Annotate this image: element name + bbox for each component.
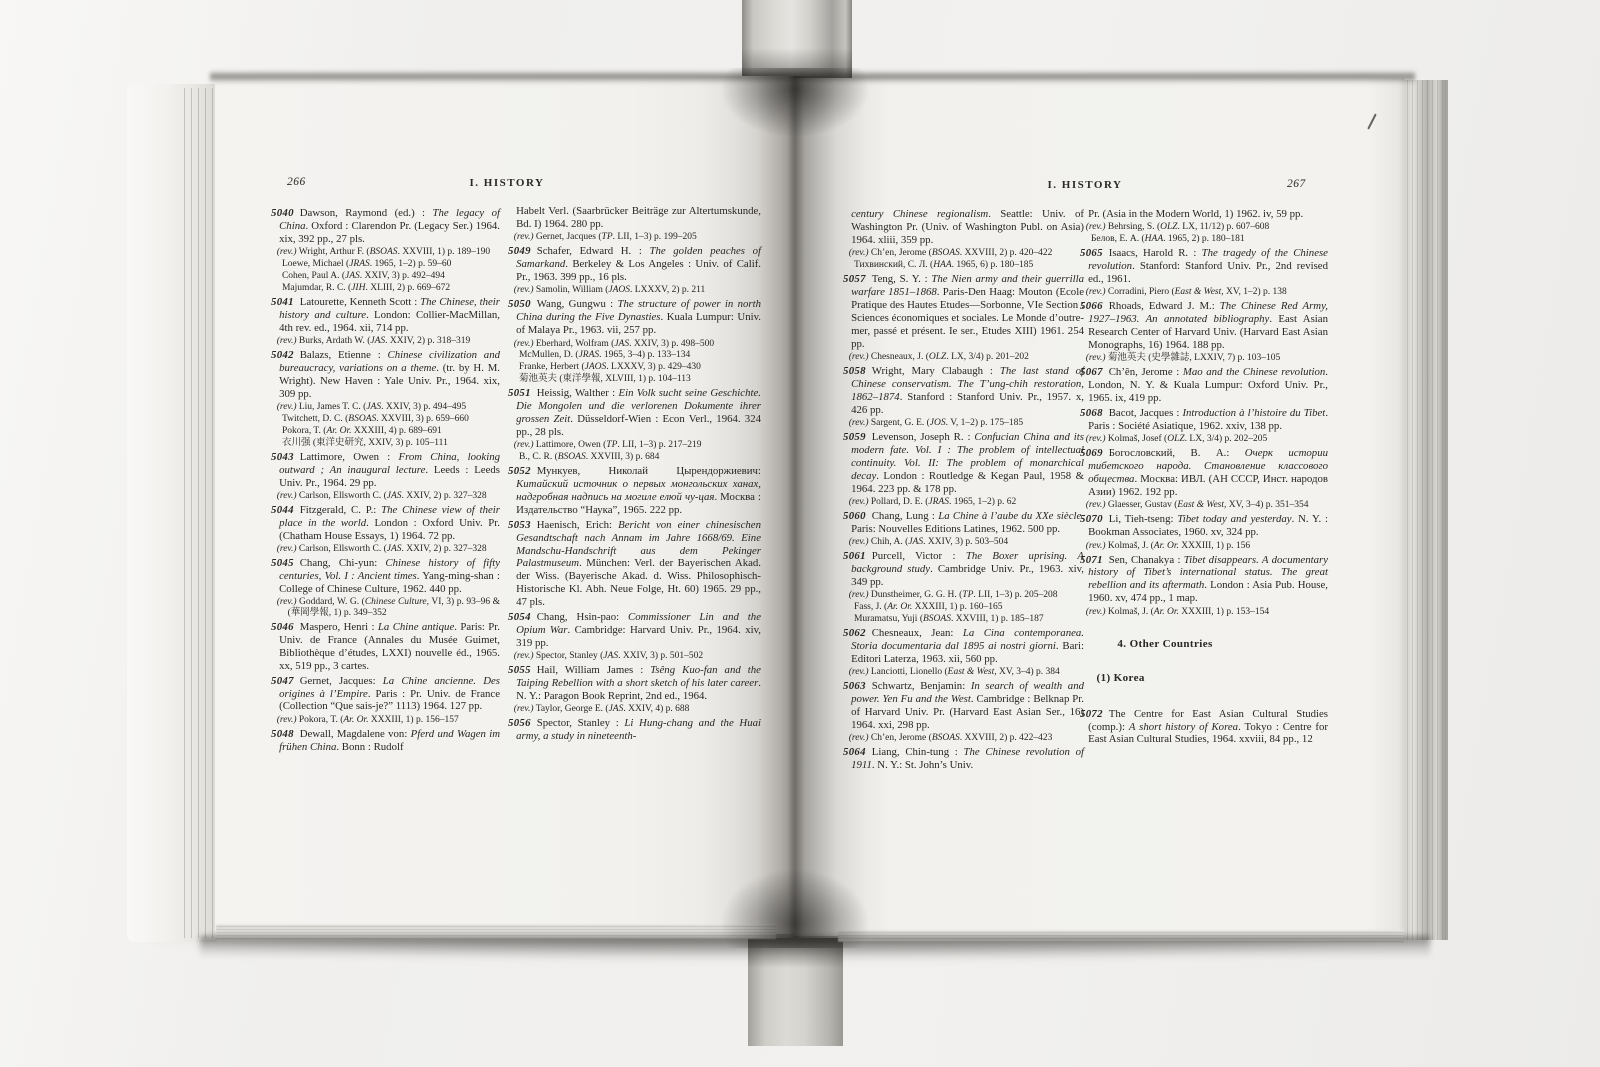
italic-text: TP: [602, 232, 613, 242]
review-line: (rev.) 菊池英夫 (史學雜誌, LXXIV, 7) p. 103–105: [1080, 353, 1328, 364]
roman-text: Ch’en, Jerome (: [868, 733, 931, 743]
bib-entry: 5072The Centre for East Asian Cultural S…: [1080, 708, 1328, 747]
review-line: (rev.) Burks, Ardath W. (JAS. XXIV, 2) p…: [271, 336, 500, 347]
roman-text: . XXIV, 3) p. 501–502: [618, 651, 703, 661]
roman-text: Chang, Lung :: [872, 510, 938, 522]
roman-text: Cohen, Paul A. (: [282, 271, 345, 281]
column-2: Habelt Verl. (Saarbrücker Beiträge zur A…: [508, 205, 761, 745]
page-number-left: 266: [287, 176, 306, 188]
entry-number: 5070: [1080, 513, 1109, 525]
italic-text: TP: [606, 440, 617, 450]
running-head-left: I. HISTORY: [412, 177, 602, 189]
review-line: (rev.) Kolmaš, J. (Ar. Or. XXXIII, 1) p.…: [1080, 607, 1328, 618]
left-page-edge-lines: [178, 88, 216, 938]
roman-text: . XXVIII, 3) p. 659–660: [376, 414, 469, 424]
roman-text: Muramatsu, Yuji (: [854, 614, 923, 624]
roman-text: Pokora, T. (: [282, 426, 327, 436]
review-line: (rev.) Sargent, G. E. (JOS. V, 1–2) p. 1…: [843, 418, 1084, 429]
roman-text: . XXIV, 3) p. 503–504: [923, 537, 1008, 547]
roman-text: . XXIV, 3) p. 492–494: [360, 271, 445, 281]
roman-text: Liang, Chin-tung :: [872, 746, 964, 758]
roman-text: Lattimore, Owen :: [300, 451, 399, 463]
roman-text: . XXIV, 3) p. 498–500: [629, 339, 714, 349]
italic-text: La Chine antique: [378, 621, 454, 633]
italic-text: Ar. Or.: [1154, 607, 1179, 617]
review-line: (rev.) Ch’en, Jerome (BSOAS. XXVIII, 2) …: [843, 733, 1084, 744]
roman-text: Hail, William James :: [537, 664, 651, 676]
roman-text: Li, Tieh-tseng:: [1109, 513, 1178, 525]
review-line: (rev.) Carlson, Ellsworth C. (JAS. XXIV,…: [271, 491, 500, 502]
roman-text: . LX, 3/4) p. 202–205: [1185, 434, 1268, 444]
entry-number: 5055: [508, 664, 537, 676]
bib-entry-continuation: Pr. (Asia in the Modern World, 1) 1962. …: [1080, 208, 1328, 221]
bib-entry: 5071Sen, Chanakya : Tibet disappears. A …: [1080, 554, 1328, 606]
bib-entry: 5056Spector, Stanley : Li Hung-chang and…: [508, 717, 761, 743]
italic-text: (rev.): [514, 339, 534, 349]
roman-text: Schwartz, Benjamin:: [872, 680, 971, 692]
review-line: Twitchett, D. C. (BSOAS. XXVIII, 3) p. 6…: [271, 414, 500, 425]
roman-text: Тихвинский, С. Л. (: [854, 260, 933, 270]
review-line: Franke, Herbert (JAOS. LXXXV, 3) p. 429–…: [508, 362, 761, 373]
bib-entry: 5065Isaacs, Harold R. : The tragedy of t…: [1080, 247, 1328, 286]
review-line: (rev.) Lanciotti, Lionello (East & West,…: [843, 667, 1084, 678]
italic-text: НАА: [1145, 234, 1163, 244]
entry-number: 5058: [843, 365, 872, 377]
right-page-edge-lines: [1402, 80, 1448, 940]
roman-text: . V, 1–2) p. 175–185: [946, 418, 1024, 428]
entry-number: 5043: [271, 451, 300, 463]
roman-text: Chih, A. (: [868, 537, 908, 547]
review-line: (rev.) Goddard, W. G. (Chinese Culture, …: [271, 597, 500, 619]
italic-text: (rev.): [277, 715, 297, 725]
roman-text: , XV, 1–2) p. 138: [1221, 287, 1287, 297]
roman-text: Loewe, Michael (: [282, 259, 349, 269]
roman-text: Wright, Arthur F. (: [296, 247, 369, 257]
section-heading: 4. Other Countries: [1080, 638, 1328, 650]
italic-text: JRAS: [349, 259, 370, 269]
italic-text: (rev.): [1086, 353, 1106, 363]
italic-text: (rev.): [277, 247, 297, 257]
roman-text: Pokora, T. (: [296, 715, 343, 725]
roman-text: Behrsing, S. (: [1105, 222, 1160, 232]
roman-text: . XXVIII, 3) p. 684: [586, 452, 660, 462]
review-line: (rev.) Dunstheimer, G. G. H. (TP. LII, 1…: [843, 590, 1084, 601]
bib-entry: 5060Chang, Lung : La Chine à l’aube du X…: [843, 510, 1084, 536]
column-3: century Chinese regionalism. Seattle: Un…: [843, 208, 1084, 773]
roman-text: . XXVIII, 2) p. 420–422: [960, 248, 1053, 258]
roman-text: . Bonn : Rudolf: [336, 741, 403, 753]
roman-text: Isaacs, Harold R. :: [1109, 247, 1202, 259]
roman-text: Spector, Stanley :: [537, 717, 625, 729]
review-line: (rev.) Chih, A. (JAS. XXIV, 3) p. 503–50…: [843, 537, 1084, 548]
bib-entry: 5045Chang, Chi-yun: Chinese history of f…: [271, 557, 500, 596]
roman-text: Chang, Hsin-pao:: [537, 611, 628, 623]
roman-text: . 1965, 6) p. 180–185: [952, 260, 1034, 270]
italic-text: JAS: [603, 651, 618, 661]
roman-text: Samolin, William (: [533, 285, 608, 295]
entry-number: 5051: [508, 387, 537, 399]
italic-text: (rev.): [514, 704, 534, 714]
roman-text: XXXIII, 1) p. 156–157: [368, 715, 458, 725]
roman-text: . XXIV, 2) p. 327–328: [402, 491, 487, 501]
italic-text: (rev.): [277, 402, 297, 412]
entry-number: 5062: [843, 627, 872, 639]
italic-text: JAS: [366, 402, 381, 412]
bib-entry: 5046Maspero, Henri : La Chine antique. P…: [271, 621, 500, 673]
italic-text: Ar. Or.: [343, 715, 368, 725]
page-number-right: 267: [1287, 178, 1306, 190]
roman-text: , XV, 3–4) p. 351–354: [1224, 500, 1309, 510]
roman-text: Maspero, Henri :: [300, 621, 378, 633]
roman-text: Eberhard, Wolfram (: [533, 339, 614, 349]
entry-number: 5054: [508, 611, 537, 623]
roman-text: Carlson, Ellsworth C. (: [296, 544, 386, 554]
roman-text: . LII, 1–3) p. 205–208: [973, 590, 1057, 600]
roman-text: Белов, Е. А. (: [1091, 234, 1145, 244]
roman-text: Bacot, Jacques :: [1109, 407, 1183, 419]
italic-text: century Chinese regionalism: [851, 208, 988, 220]
roman-text: . 1965, 1–2) p. 59–60: [370, 259, 452, 269]
review-line: Majumdar, R. C. (JIH. XLIII, 2) p. 669–6…: [271, 283, 500, 294]
italic-text: OLZ: [929, 352, 946, 362]
roman-text: Franke, Herbert (: [519, 362, 585, 372]
bib-entry: 5069Богословский, В. А.: Очерк истории т…: [1080, 447, 1328, 499]
roman-text: . XXIV, 2) p. 318–319: [385, 336, 470, 346]
bib-entry: 5042Balazs, Etienne : Chinese civilizati…: [271, 349, 500, 401]
entry-number: 5042: [271, 349, 300, 361]
entry-number: 5048: [271, 728, 300, 740]
italic-text: Ar. Or.: [326, 426, 351, 436]
roman-text: Богословский, В. А.:: [1109, 447, 1245, 459]
review-line: (rev.) Kolmaš, Josef (OLZ. LX, 3/4) p. 2…: [1080, 434, 1328, 445]
roman-text: Dawson, Raymond (ed.) :: [300, 207, 433, 219]
review-line: McMullen, D. (JRAS. 1965, 3–4) p. 133–13…: [508, 350, 761, 361]
roman-text: . N. Y.: St. John’s Univ.: [872, 759, 973, 771]
entry-number: 5063: [843, 680, 872, 692]
italic-text: TP: [962, 590, 973, 600]
roman-text: Purcell, Victor :: [872, 550, 966, 562]
review-line: (rev.) Eberhard, Wolfram (JAS. XXIV, 3) …: [508, 339, 761, 350]
italic-text: BSOAS: [348, 414, 376, 424]
entry-number: 5065: [1080, 247, 1109, 259]
bib-entry: 5047Gernet, Jacques: La Chine ancienne. …: [271, 675, 500, 714]
review-line: (rev.) Chesneaux, J. (OLZ. LX, 3/4) p. 2…: [843, 352, 1084, 363]
column-4: Pr. (Asia in the Modern World, 1) 1962. …: [1080, 208, 1328, 748]
entry-number: 5071: [1080, 554, 1109, 566]
roman-text: Gernet, Jacques (: [533, 232, 601, 242]
italic-text: (rev.): [1086, 222, 1106, 232]
italic-text: (rev.): [277, 544, 297, 554]
roman-text: Taylor, George E. (: [533, 704, 608, 714]
italic-text: Ar. Or.: [1154, 541, 1179, 551]
italic-text: JAS: [387, 491, 402, 501]
italic-text: Chinese Culture: [365, 597, 427, 607]
roman-text: Liu, James T. C. (: [296, 402, 366, 412]
bib-entry: 5064Liang, Chin-tung : The Chinese revol…: [843, 746, 1084, 772]
entry-number: 5059: [843, 431, 872, 443]
bib-entry: 5068Bacot, Jacques : Introduction à l’hi…: [1080, 407, 1328, 433]
roman-text: Haenisch, Erich:: [537, 519, 618, 531]
italic-text: BSOAS: [932, 733, 960, 743]
review-line: 衣川强 (東洋史研究, XXIV, 3) p. 105–111: [271, 438, 500, 449]
entry-number: 5050: [508, 298, 537, 310]
roman-text: . LII, 1–3) p. 199–205: [613, 232, 697, 242]
roman-text: Kolmaš, Josef (: [1105, 434, 1167, 444]
italic-text: East & West: [948, 667, 995, 677]
italic-text: JAS: [387, 544, 402, 554]
roman-text: Rhoads, Edward J. M.:: [1109, 300, 1220, 312]
roman-text: , XV, 3–4) p. 384: [994, 667, 1060, 677]
roman-text: Dewall, Magdalene von:: [300, 728, 411, 740]
roman-text: Corradini, Piero (: [1105, 287, 1174, 297]
review-line: (rev.) Carlson, Ellsworth C. (JAS. XXIV,…: [271, 544, 500, 555]
entry-number: 5046: [271, 621, 300, 633]
italic-text: BSOAS: [932, 248, 960, 258]
bib-entry: 5066Rhoads, Edward J. M.: The Chinese Re…: [1080, 300, 1328, 352]
italic-text: OLZ: [1160, 222, 1177, 232]
entry-number: 5069: [1080, 447, 1109, 459]
roman-text: Balazs, Etienne :: [300, 349, 388, 361]
bib-entry: 5049Schafer, Edward H. : The golden peac…: [508, 245, 761, 284]
bib-entry: 5050Wang, Gungwu : The structure of powe…: [508, 298, 761, 337]
roman-text: Gernet, Jacques:: [300, 675, 383, 687]
roman-text: Fass, J. (: [854, 602, 887, 612]
entry-number: 5057: [843, 273, 872, 285]
review-line: (rev.) Wright, Arthur F. (BSOAS. XXVIII,…: [271, 247, 500, 258]
italic-text: La Chine à l’aube du XXe siècle: [938, 510, 1081, 522]
roman-text: Goddard, W. G. (: [296, 597, 364, 607]
roman-text: Kolmaš, J. (: [1105, 607, 1153, 617]
roman-text: . XXVIII, 1) p. 185–187: [951, 614, 1044, 624]
italic-text: Tibet today and yesterday: [1177, 513, 1291, 525]
roman-text: Ch’en, Jerome (: [868, 248, 931, 258]
roman-text: . LII, 1–3) p. 217–219: [617, 440, 701, 450]
roman-text: . LXXXV, 3) p. 429–430: [606, 362, 701, 372]
bib-entry: 5048Dewall, Magdalene von: Pferd und Wag…: [271, 728, 500, 754]
roman-text: XXXIII, 1) p. 156: [1179, 541, 1250, 551]
roman-text: Latourette, Kenneth Scott :: [300, 296, 420, 308]
italic-text: Mao and the Chinese revolution: [1183, 366, 1325, 378]
bib-entry: 5053Haenisch, Erich: Bericht von einer c…: [508, 519, 761, 609]
roman-text: Chesneaux, Jean:: [872, 627, 963, 639]
bib-entry: 5044Fitzgerald, C. P.: The Chinese view …: [271, 504, 500, 543]
roman-text: Schafer, Edward H. :: [537, 245, 650, 257]
roman-text: . LX, 11/12) p. 607–608: [1178, 222, 1270, 232]
roman-text: 菊池英夫 (史學雜誌, LXXIV, 7) p. 103–105: [1105, 353, 1280, 363]
roman-text: . LXXXV, 2) p. 211: [630, 285, 705, 295]
review-line: (rev.) Glaesser, Gustav (East & West, XV…: [1080, 500, 1328, 511]
bib-entry: 5070Li, Tieh-tseng: Tibet today and yest…: [1080, 513, 1328, 539]
roman-text: Chang, Chi-yun:: [300, 557, 386, 569]
review-line: B., C. R. (BSOAS. XXVIII, 3) p. 684: [508, 452, 761, 463]
entry-number: 5052: [508, 465, 537, 477]
review-line: (rev.) Behrsing, S. (OLZ. LX, 11/12) p. …: [1080, 222, 1328, 233]
italic-text: (rev.): [849, 418, 869, 428]
roman-text: 菊池英夫 (東洋學報, XLVIII, 1) p. 104–113: [519, 374, 691, 384]
roman-text: . Oxford : Clarendon Pr. (Legacy Ser.) 1…: [279, 220, 500, 245]
entry-number: 5056: [508, 717, 537, 729]
italic-text: JRAS: [928, 497, 949, 507]
bib-entry: 5063Schwartz, Benjamin: In search of wea…: [843, 680, 1084, 732]
review-line: (rev.) Pollard, D. E. (JRAS. 1965, 1–2) …: [843, 497, 1084, 508]
bib-entry: 5058Wright, Mary Clabaugh : The last sta…: [843, 365, 1084, 417]
roman-text: . London : Routledge & Kegan Paul, 1958 …: [851, 470, 1084, 495]
italic-text: JIH: [351, 283, 365, 293]
review-line: (rev.) Ch’en, Jerome (BSOAS. XXVIII, 2) …: [843, 248, 1084, 259]
italic-text: JAOS: [585, 362, 607, 372]
italic-text: (rev.): [849, 537, 869, 547]
entry-number: 5066: [1080, 300, 1109, 312]
bib-entry: 5041Latourette, Kenneth Scott : The Chin…: [271, 296, 500, 335]
italic-text: East & West: [1177, 500, 1224, 510]
italic-text: JOS: [930, 418, 946, 428]
subsection-heading: (1) Korea: [1080, 672, 1328, 684]
italic-text: (rev.): [277, 491, 297, 501]
bib-entry: 5051Heissig, Walther : Ein Volk sucht se…: [508, 387, 761, 439]
roman-text: . LX, 3/4) p. 201–202: [946, 352, 1029, 362]
review-line: (rev.) Samolin, William (JAOS. LXXXV, 2)…: [508, 285, 761, 296]
roman-text: . XLIII, 2) p. 669–672: [365, 283, 450, 293]
review-line: Тихвинский, С. Л. (НАА. 1965, 6) p. 180–…: [843, 260, 1084, 271]
entry-number: 5060: [843, 510, 872, 522]
roman-text: . XXIV, 2) p. 327–328: [402, 544, 487, 554]
roman-text: . XXIV, 3) p. 494–495: [381, 402, 466, 412]
review-line: Pokora, T. (Ar. Or. XXXIII, 4) p. 689–69…: [271, 426, 500, 437]
italic-text: (rev.): [277, 597, 297, 607]
italic-text: (rev.): [849, 667, 869, 677]
roman-text: Sargent, G. E. (: [868, 418, 929, 428]
review-line: 菊池英夫 (東洋學報, XLVIII, 1) p. 104–113: [508, 374, 761, 385]
entry-number: 5067: [1080, 366, 1109, 378]
bib-entry: 5055Hail, William James : Tsêng Kuo-fan …: [508, 664, 761, 703]
roman-text: Majumdar, R. C. (: [282, 283, 351, 293]
bib-entry-continuation: century Chinese regionalism. Seattle: Un…: [843, 208, 1084, 247]
roman-text: Fitzgerald, C. P.:: [300, 504, 381, 516]
entry-number: 5044: [271, 504, 300, 516]
entry-number: 5053: [508, 519, 537, 531]
italic-text: (rev.): [1086, 500, 1106, 510]
roman-text: Мункуев, Николай Цырендоржиевич:: [537, 465, 761, 477]
italic-text: (rev.): [1086, 434, 1106, 444]
roman-text: XXXIII, 1) p. 160–165: [912, 602, 1002, 612]
roman-text: Burks, Ardath W. (: [296, 336, 370, 346]
italic-text: A short history of Korea: [1129, 721, 1238, 733]
roman-text: 衣川强 (東洋史研究, XXIV, 3) p. 105–111: [282, 438, 448, 448]
italic-text: (rev.): [849, 248, 869, 258]
review-line: (rev.) Corradini, Piero (East & West, XV…: [1080, 287, 1328, 298]
review-line: Muramatsu, Yuji (BSOAS. XXVIII, 1) p. 18…: [843, 614, 1084, 625]
roman-text: Lattimore, Owen (: [533, 440, 606, 450]
review-line: (rev.) Liu, James T. C. (JAS. XXIV, 3) p…: [271, 402, 500, 413]
bib-entry: 5052Мункуев, Николай Цырендоржиевич: Кит…: [508, 465, 761, 517]
roman-text: Heissig, Walther :: [537, 387, 619, 399]
roman-text: Teng, S. Y. :: [872, 273, 932, 285]
entry-number: 5045: [271, 557, 300, 569]
italic-text: Ar. Or.: [887, 602, 912, 612]
review-line: (rev.) Spector, Stanley (JAS. XXIV, 3) p…: [508, 651, 761, 662]
italic-text: JAOS: [608, 285, 630, 295]
italic-text: (rev.): [849, 590, 869, 600]
roman-text: Pr. (Asia in the Modern World, 1) 1962. …: [1088, 208, 1303, 220]
bib-entry: 5057Teng, S. Y. : The Nien army and thei…: [843, 273, 1084, 350]
roman-text: . 1965, 2) p. 180–181: [1163, 234, 1245, 244]
roman-text: Glaesser, Gustav (: [1105, 500, 1177, 510]
roman-text: . XXIV, 4) p. 688: [623, 704, 689, 714]
italic-text: (rev.): [514, 440, 534, 450]
entry-number: 5068: [1080, 407, 1109, 419]
roman-text: Pollard, D. E. (: [868, 497, 928, 507]
italic-text: (rev.): [1086, 287, 1106, 297]
roman-text: XXXIII, 4) p. 689–691: [352, 426, 442, 436]
entry-number: 5041: [271, 296, 300, 308]
italic-text: BSOAS: [370, 247, 398, 257]
italic-text: (rev.): [514, 651, 534, 661]
bib-entry: 5059Levenson, Joseph R. : Confucian Chin…: [843, 431, 1084, 496]
bib-entry-continuation: Habelt Verl. (Saarbrücker Beiträge zur A…: [508, 205, 761, 231]
roman-text: Twitchett, D. C. (: [282, 414, 348, 424]
bib-entry: 5062Chesneaux, Jean: La Cina contemporan…: [843, 627, 1084, 666]
italic-text: (rev.): [849, 733, 869, 743]
italic-text: JAS: [908, 537, 923, 547]
italic-text: JAS: [370, 336, 385, 346]
roman-text: Kolmaš, J. (: [1105, 541, 1153, 551]
italic-text: JAS: [345, 271, 360, 281]
italic-text: BSOAS: [558, 452, 586, 462]
roman-text: Levenson, Joseph R. :: [872, 431, 975, 443]
bib-entry: 5067Ch’ên, Jerome : Mao and the Chinese …: [1080, 366, 1328, 405]
italic-text: НАА: [933, 260, 951, 270]
italic-text: (rev.): [277, 336, 297, 346]
review-line: (rev.) Gernet, Jacques (TP. LII, 1–3) p.…: [508, 232, 761, 243]
roman-text: XXXIII, 1) p. 153–154: [1179, 607, 1269, 617]
review-line: Fass, J. (Ar. Or. XXXIII, 1) p. 160–165: [843, 602, 1084, 613]
roman-text: Lanciotti, Lionello (: [868, 667, 947, 677]
entry-number: 5049: [508, 245, 537, 257]
roman-text: . XXVIII, 2) p. 422–423: [960, 733, 1053, 743]
italic-text: BSOAS: [923, 614, 951, 624]
bib-entry: 5061Purcell, Victor : The Boxer uprising…: [843, 550, 1084, 589]
roman-text: Dunstheimer, G. G. H. (: [868, 590, 962, 600]
review-line: (rev.) Lattimore, Owen (TP. LII, 1–3) p.…: [508, 440, 761, 451]
roman-text: . 1965, 3–4) p. 133–134: [599, 350, 690, 360]
roman-text: Wright, Mary Clabaugh :: [872, 365, 1000, 377]
entry-number: 5064: [843, 746, 872, 758]
italic-text: (rev.): [514, 232, 534, 242]
roman-text: . 1965, 1–2) p. 62: [949, 497, 1016, 507]
bib-entry: 5054Chang, Hsin-pao: Commissioner Lin an…: [508, 611, 761, 650]
italic-text: JAS: [609, 704, 624, 714]
roman-text: Chesneaux, J. (: [868, 352, 928, 362]
book-photograph: { "photo": { "background_color": "#f0efe…: [0, 0, 1600, 1067]
roman-text: Spector, Stanley (: [533, 651, 603, 661]
review-line: Loewe, Michael (JRAS. 1965, 1–2) p. 59–6…: [271, 259, 500, 270]
italic-text: (rev.): [849, 352, 869, 362]
review-line: Белов, Е. А. (НАА. 1965, 2) p. 180–181: [1080, 234, 1328, 245]
entry-number: 5072: [1080, 708, 1109, 720]
roman-text: McMullen, D. (: [519, 350, 579, 360]
roman-text: B., C. R. (: [519, 452, 558, 462]
entry-number: 5047: [271, 675, 300, 687]
entry-number: 5061: [843, 550, 872, 562]
italic-text: East & West: [1175, 287, 1222, 297]
column-1: 5040Dawson, Raymond (ed.) : The legacy o…: [271, 205, 500, 755]
italic-text: (rev.): [849, 497, 869, 507]
review-line: (rev.) Kolmaš, J. (Ar. Or. XXXIII, 1) p.…: [1080, 541, 1328, 552]
bib-entry: 5040Dawson, Raymond (ed.) : The legacy o…: [271, 207, 500, 246]
italic-text: OLZ: [1167, 434, 1184, 444]
roman-text: Wang, Gungwu :: [537, 298, 618, 310]
roman-text: Ch’ên, Jerome :: [1109, 366, 1183, 378]
